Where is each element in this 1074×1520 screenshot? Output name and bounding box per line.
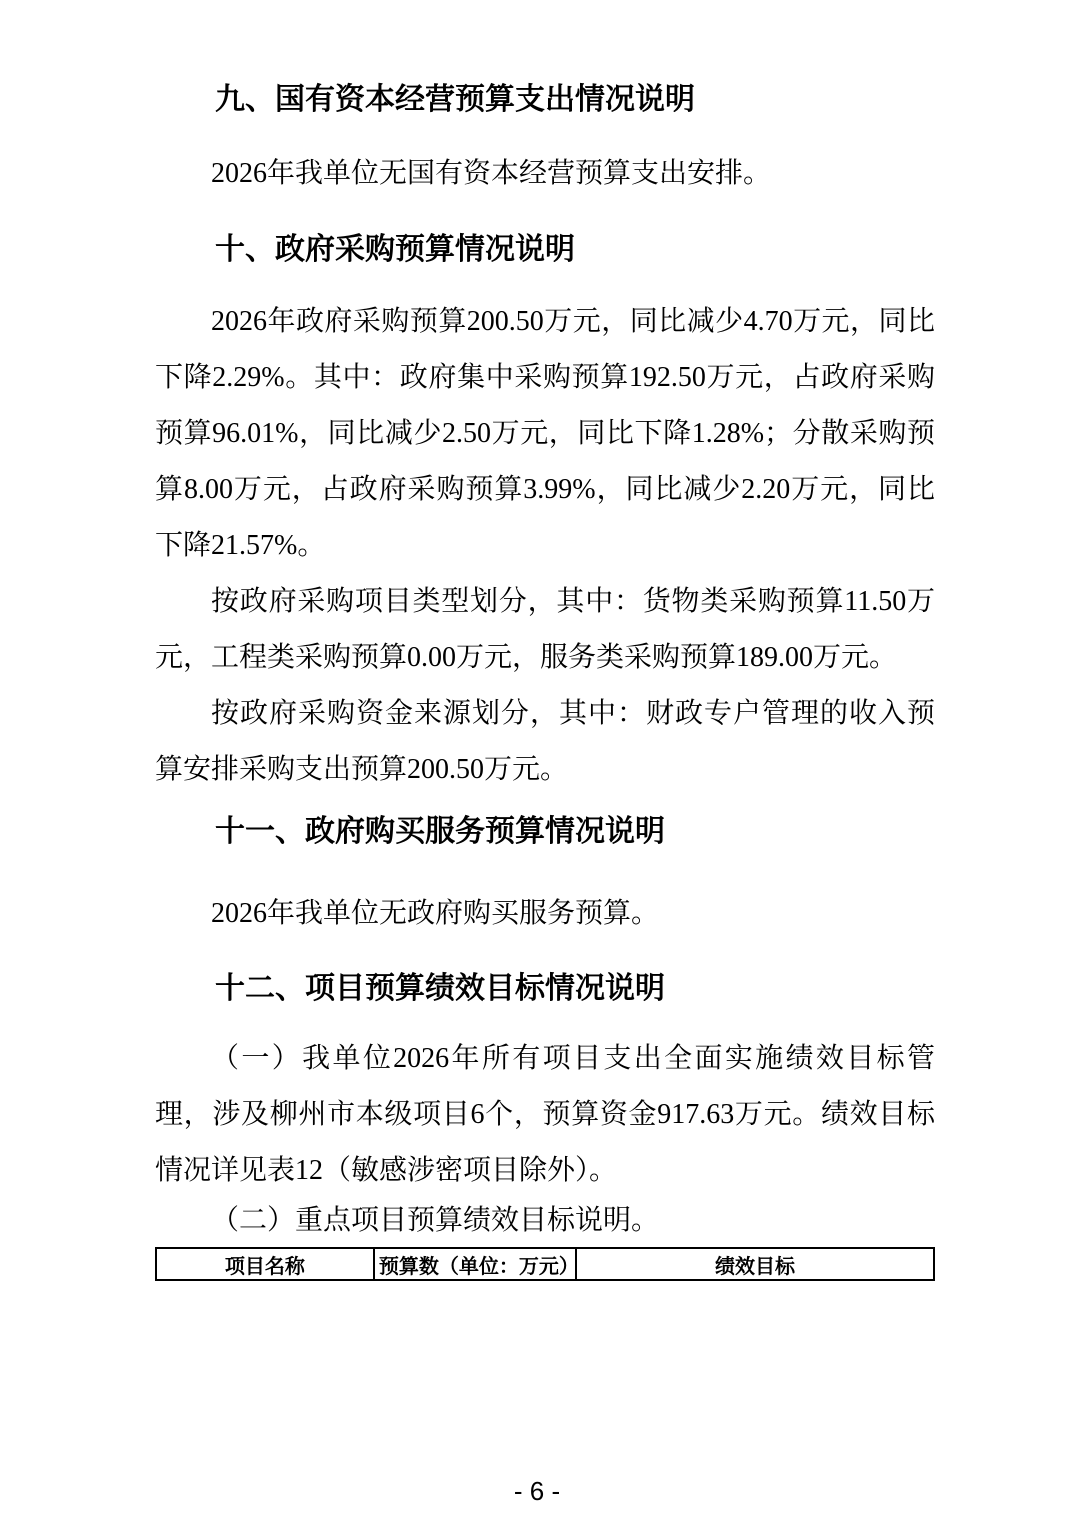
section-12-paragraph-1: （一）我单位2026年所有项目支出全面实施绩效目标管理，涉及柳州市本级项目6个，… (155, 1031, 935, 1199)
table-header-budget-amount: 预算数（单位：万元） (374, 1248, 576, 1280)
document-content: 九、国有资本经营预算支出情况说明 2026年我单位无国有资本经营预算支出安排。 … (0, 0, 1074, 1281)
section-heading-10: 十、政府采购预算情况说明 (155, 230, 935, 270)
document-page: 九、国有资本经营预算支出情况说明 2026年我单位无国有资本经营预算支出安排。 … (0, 0, 1074, 1520)
section-12-paragraph-2: （二）重点项目预算绩效目标说明。 (155, 1199, 935, 1243)
section-11-paragraph: 2026年我单位无政府购买服务预算。 (155, 886, 935, 942)
section-9-paragraph: 2026年我单位无国有资本经营预算支出安排。 (155, 146, 935, 202)
table-header-row: 项目名称 预算数（单位：万元） 绩效目标 (156, 1248, 934, 1280)
section-10-paragraph-by-source: 按政府采购资金来源划分，其中：财政专户管理的收入预算安排采购支出预算200.50… (155, 686, 935, 798)
table-header-performance-goal: 绩效目标 (576, 1248, 934, 1280)
section-heading-12: 十二、项目预算绩效目标情况说明 (155, 969, 935, 1009)
section-10-paragraph-overview: 2026年政府采购预算200.50万元，同比减少4.70万元，同比下降2.29%… (155, 294, 935, 574)
section-heading-9: 九、国有资本经营预算支出情况说明 (155, 80, 935, 120)
performance-goal-table: 项目名称 预算数（单位：万元） 绩效目标 (155, 1247, 935, 1281)
page-number: - 6 - (0, 1476, 1074, 1507)
section-heading-11: 十一、政府购买服务预算情况说明 (155, 812, 935, 852)
section-10-paragraph-by-type: 按政府采购项目类型划分，其中：货物类采购预算11.50万元，工程类采购预算0.0… (155, 574, 935, 686)
table-header-project-name: 项目名称 (156, 1248, 374, 1280)
